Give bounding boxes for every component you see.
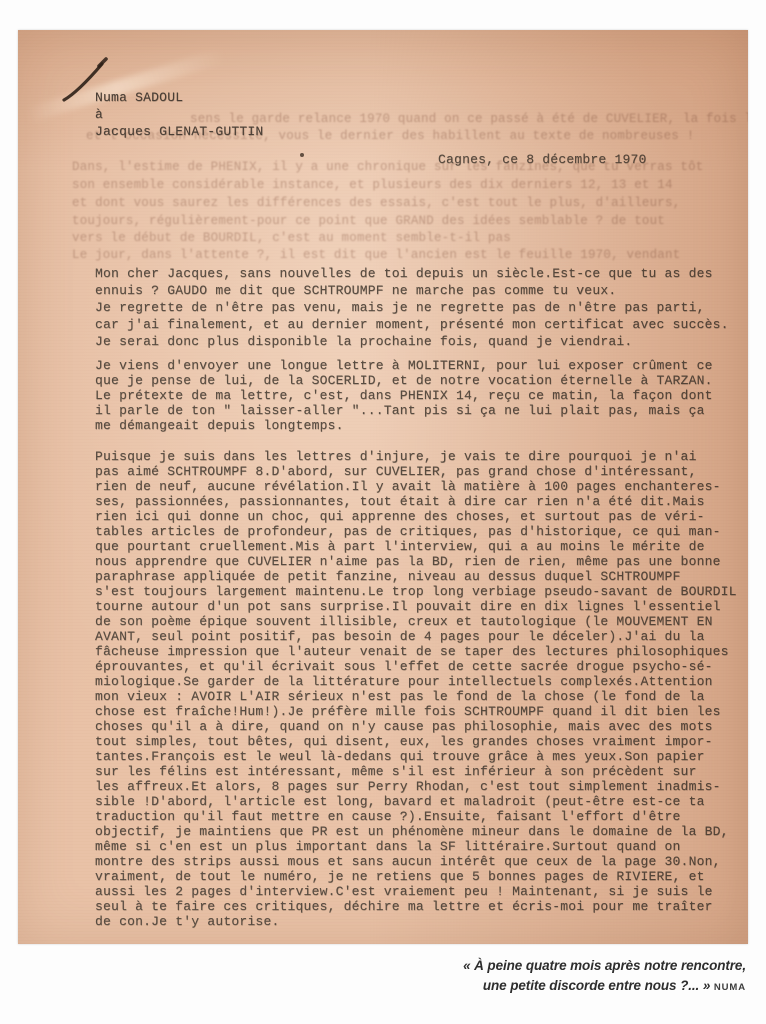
letter-paragraph-1: Mon cher Jacques, sans nouvelles de toi … [95,265,729,350]
letter-paragraph-2: Je viens d'envoyer une longue lettre à M… [95,358,713,433]
caption-quote-end: une petite discorde entre nous ?... » [483,978,710,993]
photo-caption: « À peine quatre mois après notre rencon… [463,956,746,997]
letter-paper: sens le garde relance 1970 quand on ce p… [18,30,748,944]
caption-credit: NUMA [714,982,746,993]
sender-name: Numa SADOUL [95,89,183,106]
salutation-a: à [95,106,103,123]
bleed-through-line: sens le garde relance 1970 quand on ce p… [190,112,748,126]
letter-paragraph-3: Puisque je suis dans les lettres d'injur… [95,449,737,929]
bleed-through-line: son ensemble considérable instance, et p… [72,178,673,192]
recipient-name: Jacques GLENAT-GUTTIN [95,123,263,140]
bleed-through-line: toujours, régulièrement-pour ce point qu… [72,214,665,228]
bleed-through-line: Le jour, dans l'attente ?, il est dit qu… [72,248,680,262]
caption-line-1: « À peine quatre mois après notre rencon… [463,956,746,976]
caption-line-2: une petite discorde entre nous ?... » NU… [463,976,746,998]
bleed-through-line: et dont vous saurez les différences des … [72,196,680,210]
ink-dot [300,153,304,157]
bleed-through-line: vers le début de BOURDIL, c'est au momen… [72,231,511,245]
dateline: Cagnes, ce 8 décembre 1970 [438,152,647,167]
